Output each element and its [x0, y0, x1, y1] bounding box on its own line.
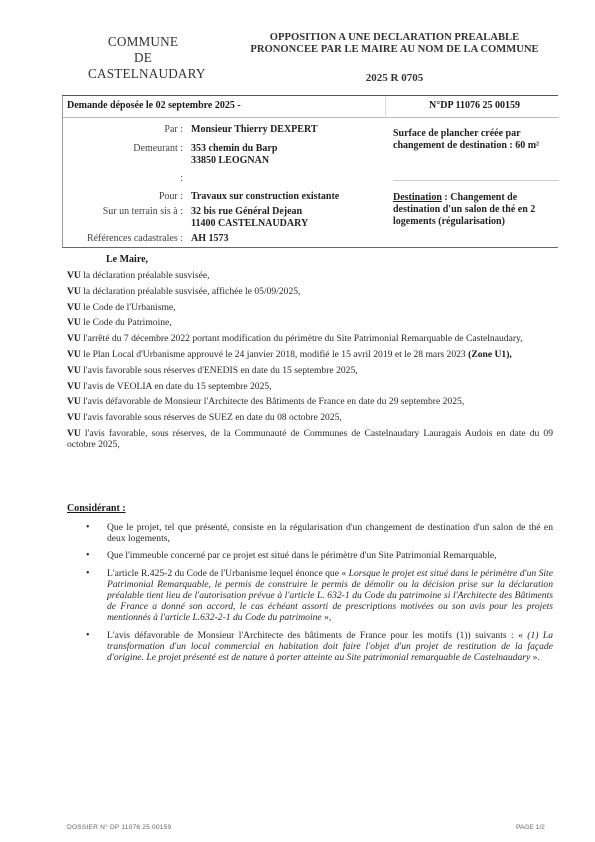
vu-item: VU le Code de l'Urbanisme, [67, 302, 553, 313]
considerant-item: Que le projet, tel que présenté, consist… [86, 522, 553, 544]
column-divider [385, 96, 386, 118]
field-value: Monsieur Thierry DEXPERT [191, 124, 318, 136]
document-title: OPPOSITION A UNE DECLARATION PREALABLE P… [222, 32, 567, 84]
vu-item: VU l'avis de VEOLIA en date du 15 septem… [67, 381, 553, 392]
vu-item: VU le Code du Patrimoine, [67, 317, 553, 328]
vu-item: VU l'avis favorable sous réserves de SUE… [67, 412, 553, 423]
vu-list: VU la déclaration préalable susvisée, VU… [67, 270, 553, 455]
commune-line: DE [88, 50, 198, 66]
arrete-reference: 2025 R 0705 [222, 72, 567, 84]
zone-label: (Zone U1), [468, 349, 512, 360]
vu-item: VU l'avis favorable sous réserves d'ENED… [67, 365, 553, 376]
field-label: Pour : [159, 191, 183, 203]
field-value: 33850 LEOGNAN [191, 155, 269, 167]
considerant-item: L'article R.425-2 du Code de l'Urbanisme… [86, 568, 553, 624]
field-value: AH 1573 [191, 233, 229, 245]
vu-item: VU l'avis défavorable de Monsieur l'Arch… [67, 396, 553, 407]
field-label: Sur un terrain sis à : [103, 206, 183, 218]
title-line-2: PRONONCEE PAR LE MAIRE AU NOM DE LA COMM… [222, 44, 567, 56]
field-label: Demeurant : [133, 143, 183, 155]
commune-header: COMMUNE DE CASTELNAUDARY [88, 34, 198, 82]
field-label: Références cadastrales : [87, 233, 183, 245]
document-page: COMMUNE DE CASTELNAUDARY OPPOSITION A UN… [0, 0, 595, 842]
field-label: Par : [164, 124, 183, 136]
field-value: 11400 CASTELNAUDARY [191, 218, 308, 230]
surface-line-2: changement de destination : 60 m² [393, 140, 559, 152]
footer-dossier: DOSSIER N° DP 11076 25 00159 [67, 824, 171, 831]
info-top-row: Demande déposée le 02 septembre 2025 - N… [63, 96, 559, 118]
field-label: : [180, 173, 183, 185]
considerant-heading: Considérant : [67, 503, 126, 514]
footer-page-number: PAGE 1/2 [516, 824, 545, 831]
demande-date: Demande déposée le 02 septembre 2025 - [67, 100, 241, 111]
commune-line: CASTELNAUDARY [88, 66, 198, 82]
field-value: 353 chemin du Barp [191, 143, 277, 155]
vu-item: VU le Plan Local d'Urbanisme approuvé le… [67, 349, 553, 360]
considerant-item: Que l'immeuble concerné par ce projet es… [86, 550, 553, 561]
commune-line: COMMUNE [88, 34, 198, 50]
le-maire-heading: Le Maire, [106, 254, 148, 265]
surface-plancher: Surface de plancher créée par changement… [393, 128, 559, 152]
right-column-divider [393, 180, 559, 181]
vu-item: VU l'avis favorable, sous réserves, de l… [67, 428, 553, 450]
dp-number: N°DP 11076 25 00159 [429, 100, 520, 111]
vu-item: VU l'arrêté du 7 décembre 2022 portant m… [67, 333, 553, 344]
destination-block: Destination : Changement de destination … [393, 192, 559, 228]
considerant-list: Que le projet, tel que présenté, consist… [86, 522, 553, 669]
vu-item: VU la déclaration préalable susvisée, af… [67, 286, 553, 297]
field-value: 32 bis rue Général Dejean [191, 206, 302, 218]
field-value: Travaux sur construction existante [191, 191, 339, 203]
vu-item: VU la déclaration préalable susvisée, [67, 270, 553, 281]
application-info-box: Demande déposée le 02 septembre 2025 - N… [62, 96, 558, 248]
surface-line-1: Surface de plancher créée par [393, 128, 559, 140]
title-line-1: OPPOSITION A UNE DECLARATION PREALABLE [222, 32, 567, 44]
considerant-item: L'avis défavorable de Monsieur l'Archite… [86, 630, 553, 664]
destination-label: Destination [393, 192, 442, 203]
